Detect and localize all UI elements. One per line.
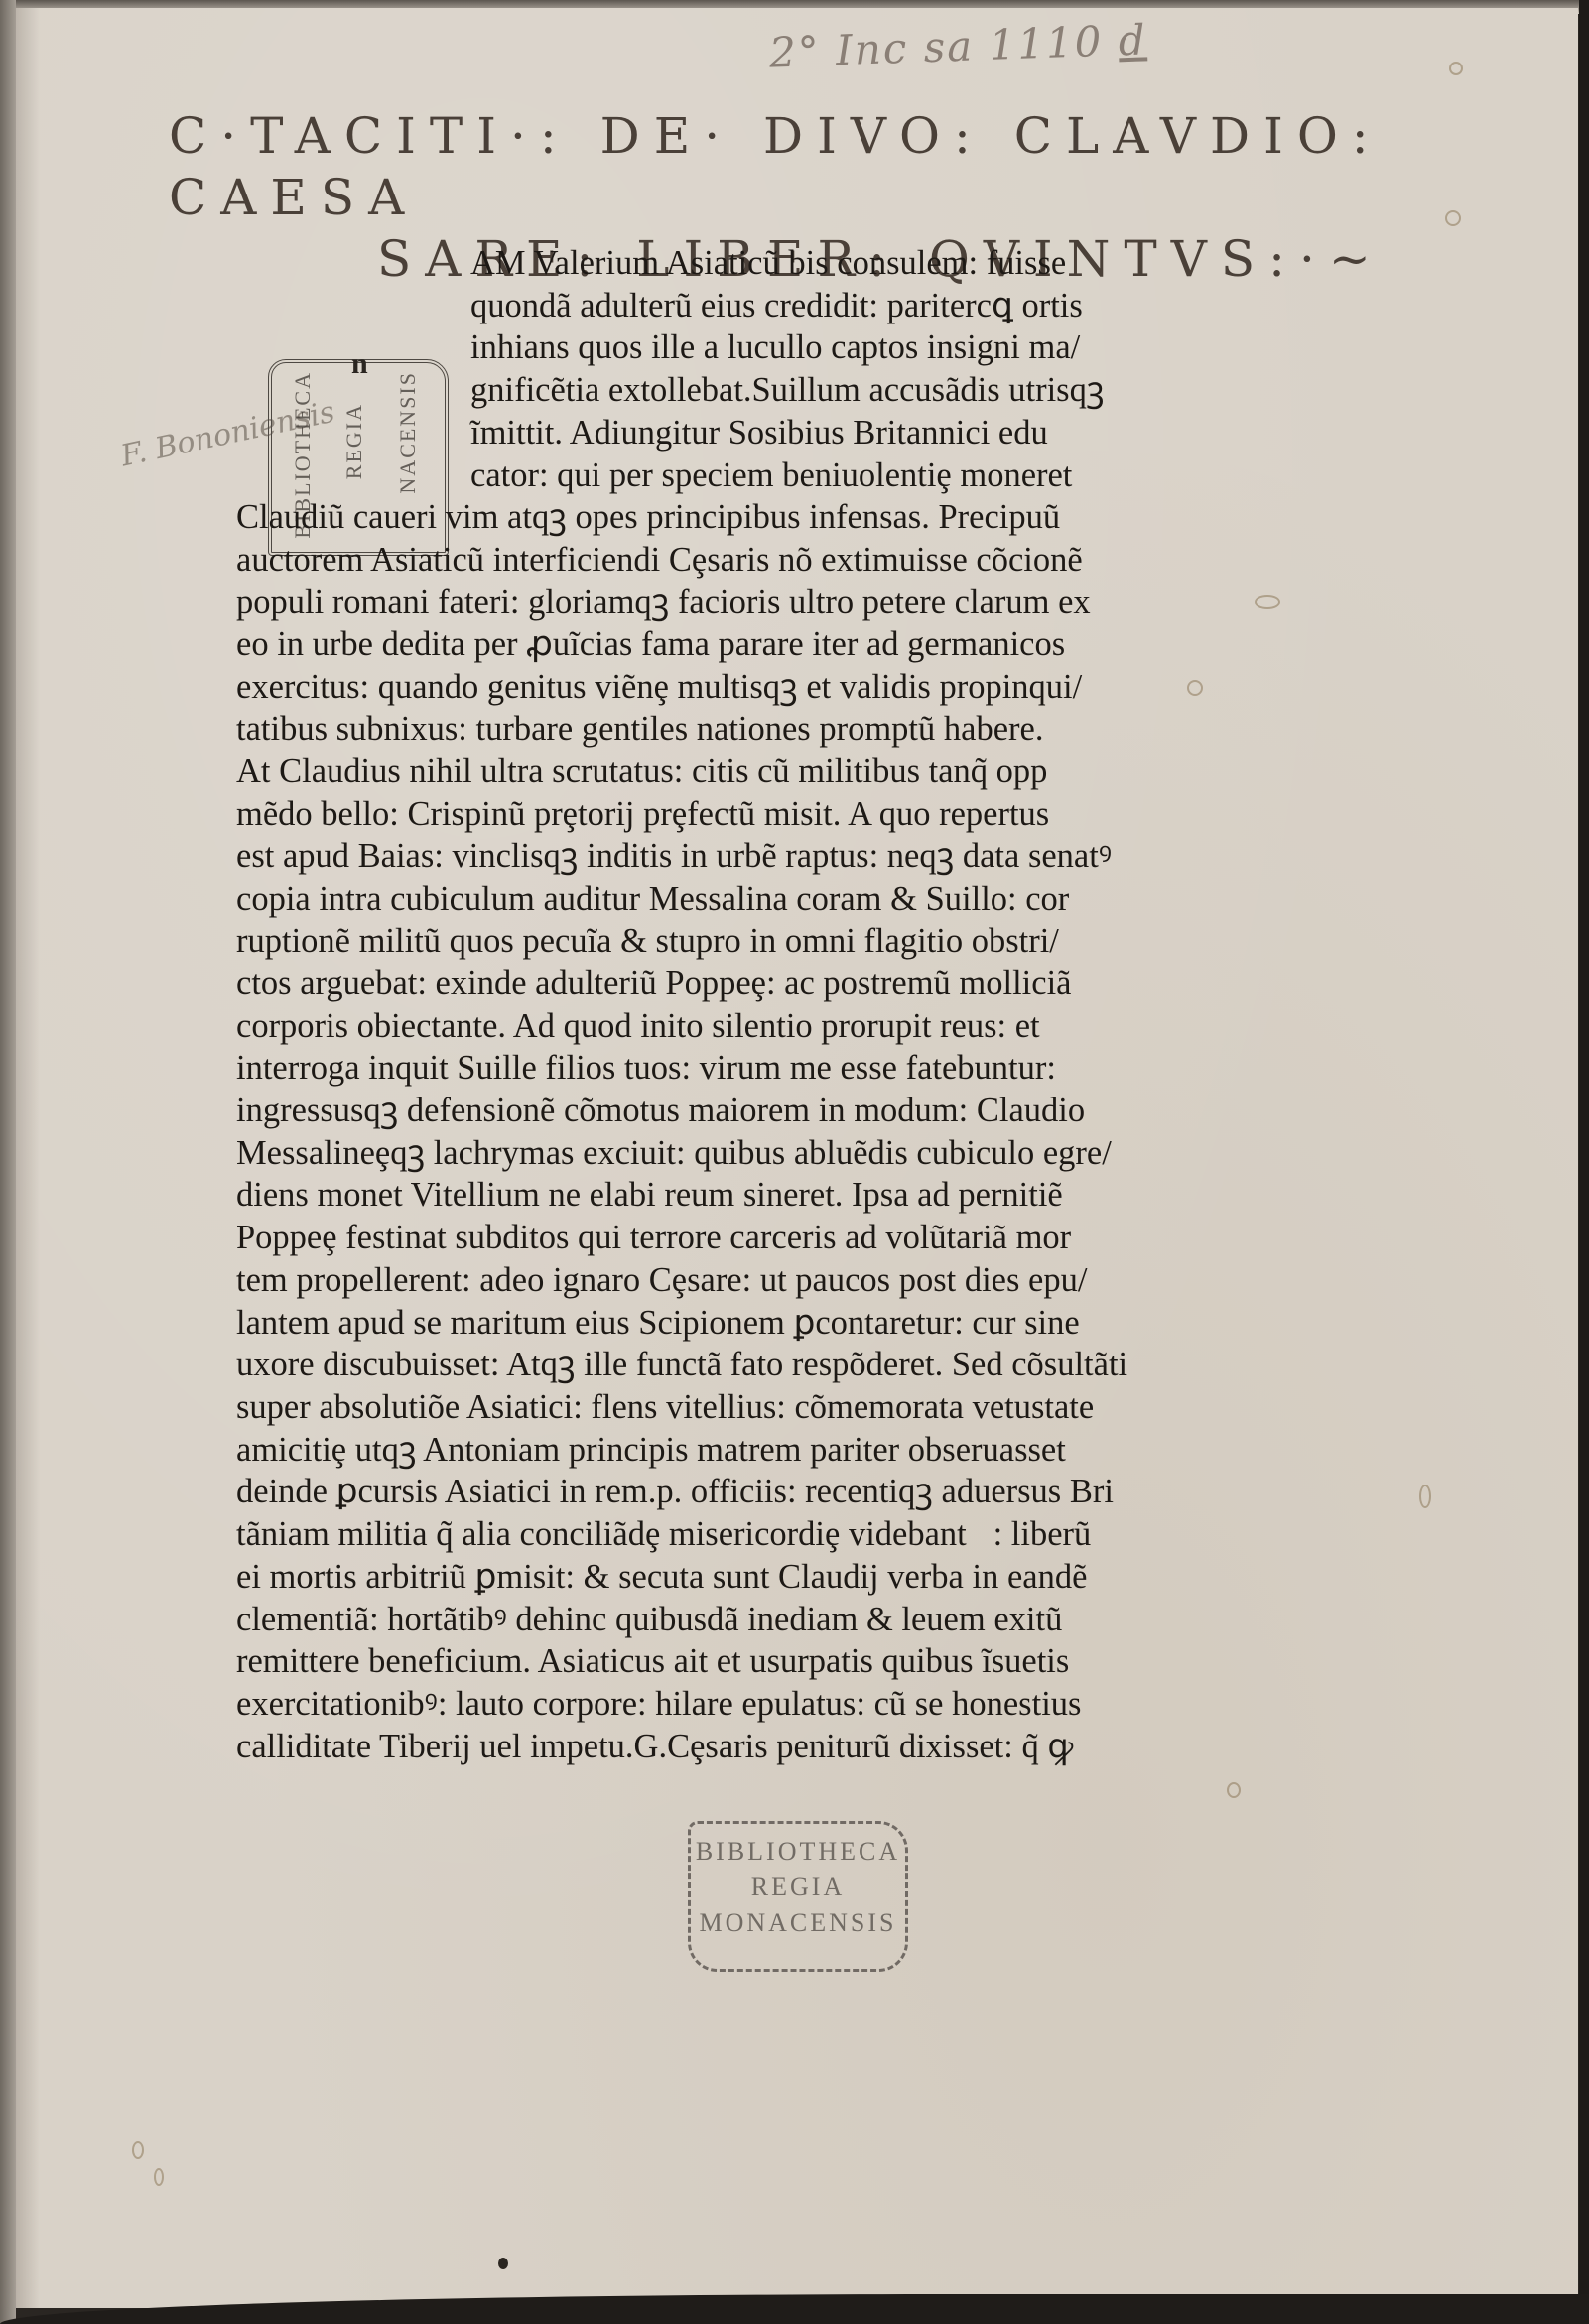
title-line-1: C·TACITI·: DE· DIVO: CLAVDIO: CAESA [169,105,1459,228]
library-stamp-bottom: BIBLIOTHECA REGIA MONACENSIS [688,1821,908,1972]
text-line: clementiã: hortãtibꝰ dehinc quibusdã ine… [236,1599,1189,1641]
paper-blemish [1255,595,1280,609]
stamp-bottom-line-1: BIBLIOTHECA [691,1834,905,1870]
text-line: cator: qui per speciem beniuolentiȩ mone… [236,454,1189,497]
body-text: AM Valerium Asiaticũ bis consulem: fuiss… [236,242,1189,1767]
text-line: Poppeȩ festinat subditos qui terrore car… [236,1217,1189,1259]
text-line: mẽdo bello: Crispinũ prȩtorij prȩfectũ m… [236,793,1189,836]
text-line: quondã adulterũ eius credidit: paritercꝗ… [236,285,1189,327]
paper-blemish [1445,210,1461,226]
text-line: Messalineȩqꝫ lachrymas exciuit: quibus a… [236,1132,1189,1175]
paper-blemish [154,2168,164,2186]
text-line: lantem apud se maritum eius Scipionem ꝑc… [236,1302,1189,1345]
text-line: inhians quos ille a lucullo captos insig… [236,326,1189,369]
text-line: At Claudius nihil ultra scrutatus: citis… [236,750,1189,793]
text-line: ei mortis arbitriũ ꝑmisit: & secuta sunt… [236,1556,1189,1599]
text-line: ĩmittit. Adiungitur Sosibius Britannici … [236,412,1189,454]
paper-blemish [1449,62,1463,75]
stamp-bottom-line-3: MONACENSIS [691,1905,905,1941]
text-line: ruptionẽ militũ quos pecuĩa & stupro in … [236,920,1189,963]
text-line: diens monet Vitellium ne elabi reum sine… [236,1174,1189,1217]
page-right-edge [1579,0,1589,2324]
text-line: Claudiũ caueri vim atqꝫ opes principibus… [236,496,1189,539]
text-line: super absolutiõe Asiatici: flens vitelli… [236,1386,1189,1429]
text-line: eo in urbe dedita per ꝓuĩcias fama parar… [236,623,1189,666]
text-line: est apud Baias: vinclisqꝫ inditis in urb… [236,836,1189,878]
page-left-edge [0,0,16,2324]
text-line: auctorem Asiaticũ interficiendi Cȩsaris … [236,539,1189,581]
text-line: populi romani fateri: gloriamqꝫ facioris… [236,581,1189,624]
text-line: exercitus: quando genitus viẽnȩ multisqꝫ… [236,666,1189,709]
text-line: gnificẽtia extollebat.Suillum accusãdis … [236,369,1189,412]
paper-blemish [1419,1485,1431,1508]
text-line: uxore discubuisset: Atqꝫ ille functã fat… [236,1344,1189,1386]
text-line: ingressusqꝫ defensionẽ cõmotus maiorem i… [236,1090,1189,1132]
text-line: calliditate Tiberij uel impetu.G.Cȩsaris… [236,1726,1189,1768]
text-line: corporis obiectante. Ad quod inito silen… [236,1005,1189,1048]
text-line: AM Valerium Asiaticũ bis consulem: fuiss… [236,242,1189,285]
paper-blemish [132,2141,144,2159]
shelfmark-suffix: d [1118,15,1148,65]
text-line: ctos arguebat: exinde adulteriũ Poppeȩ: … [236,963,1189,1005]
text-line: deinde ꝑcursis Asiatici in rem.p. offici… [236,1471,1189,1513]
text-line: amicitiȩ utqꝫ Antoniam principis matrem … [236,1429,1189,1472]
text-line: copia intra cubiculum auditur Messalina … [236,878,1189,921]
ink-spot [498,2258,508,2269]
stamp-bottom-line-2: REGIA [691,1870,905,1905]
text-line: remittere beneficium. Asiaticus ait et u… [236,1640,1189,1683]
text-line: interroga inquit Suille filios tuos: vir… [236,1047,1189,1090]
text-line: exercitationibꝰ: lauto corpore: hilare e… [236,1683,1189,1726]
paper-blemish [1227,1782,1241,1798]
text-line: tãniam militia q̃ alia conciliãdȩ miseri… [236,1513,1189,1556]
text-line: tatibus subnixus: turbare gentiles natio… [236,709,1189,751]
text-line: tem propellerent: adeo ignaro Cȩsare: ut… [236,1259,1189,1302]
paper-blemish [1187,680,1203,696]
